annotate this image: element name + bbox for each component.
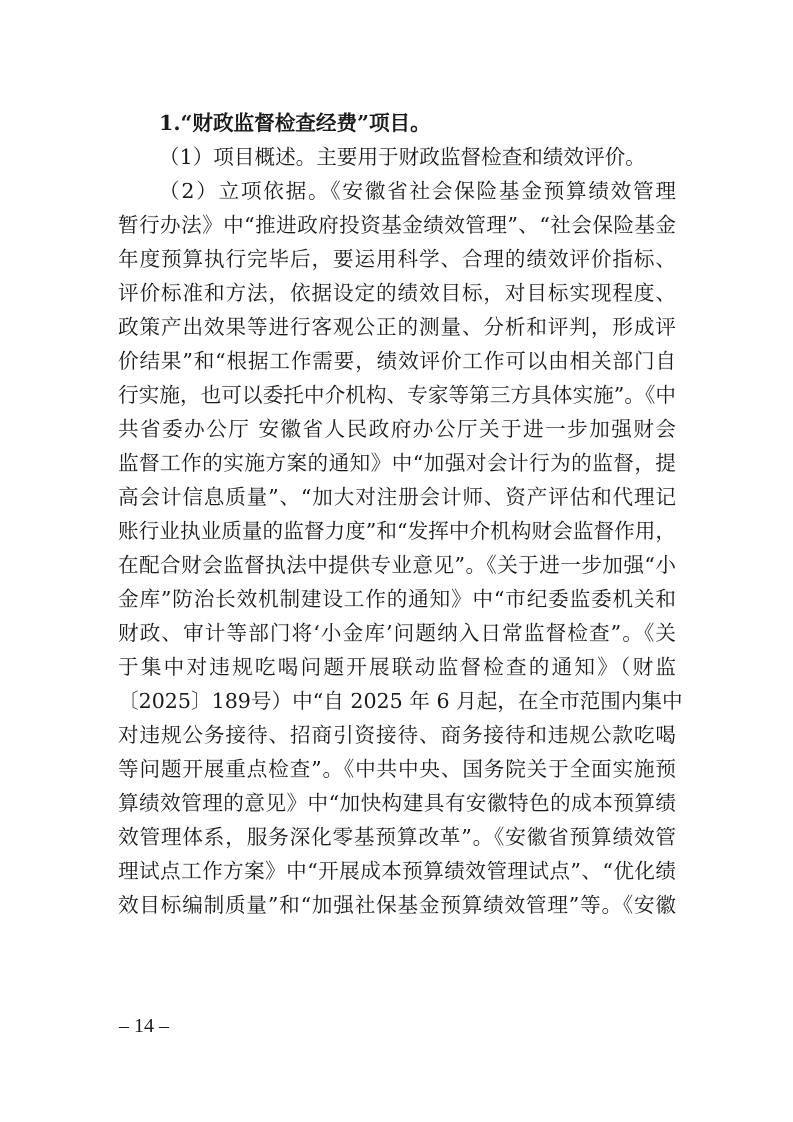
paragraph-line: 价结果”和“根据工作需要，绩效评价工作可以由相关部门自 [118,344,676,378]
paragraph-line: 政策产出效果等进行客观公正的测量、分析和评判，形成评 [118,310,676,344]
paragraph-line: 等问题开展重点检查”。《中共中央、国务院关于全面实施预 [118,752,676,786]
section-heading: 1.“财政监督检查经费”项目。 [118,106,676,140]
document-body: 1.“财政监督检查经费”项目。 （1）项目概述。主要用于财政监督检查和绩效评价。… [118,106,676,922]
paragraph-line: 对违规公务接待、招商引资接待、商务接待和违规公款吃喝 [118,718,676,752]
page-number: – 14 – [119,1015,169,1038]
paragraph-line: 共省委办公厅 安徽省人民政府办公厅关于进一步加强财会 [118,412,676,446]
paragraph-line: 金库”防治长效机制建设工作的通知》中“市纪委监委机关和 [118,582,676,616]
paragraph-line: 算绩效管理的意见》中“加快构建具有安徽特色的成本预算绩 [118,786,676,820]
paragraph-line: 理试点工作方案》中“开展成本预算绩效管理试点”、“优化绩 [118,854,676,888]
paragraph-line: 评价标准和方法，依据设定的绩效目标，对目标实现程度、 [118,276,676,310]
paragraph-line: （1）项目概述。主要用于财政监督检查和绩效评价。 [118,140,676,174]
paragraph-line: （2）立项依据。《安徽省社会保险基金预算绩效管理 [118,174,676,208]
paragraph-line: 暂行办法》中“推进政府投资基金绩效管理”、“社会保险基金 [118,208,676,242]
paragraph-line: 年度预算执行完毕后，要运用科学、合理的绩效评价指标、 [118,242,676,276]
paragraph-line: 账行业执业质量的监督力度”和“发挥中介机构财会监督作用， [118,514,676,548]
paragraph-line: 效管理体系，服务深化零基预算改革”。《安徽省预算绩效管 [118,820,676,854]
paragraph-line: 〔2025〕189号）中“自 2025 年 6 月起，在全市范围内集中 [118,684,676,718]
paragraph-line: 高会计信息质量”、“加大对注册会计师、资产评估和代理记 [118,480,676,514]
paragraph-line: 效目标编制质量”和“加强社保基金预算绩效管理”等。《安徽 [118,888,676,922]
paragraph-line: 于集中对违规吃喝问题开展联动监督检查的通知》（财监 [118,650,676,684]
paragraph-line: 监督工作的实施方案的通知》中“加强对会计行为的监督，提 [118,446,676,480]
paragraph-line: 财政、审计等部门将‘小金库’问题纳入日常监督检查”。《关 [118,616,676,650]
paragraph-line: 在配合财会监督执法中提供专业意见”。《关于进一步加强“小 [118,548,676,582]
paragraph-line: 行实施，也可以委托中介机构、专家等第三方具体实施”。《中 [118,378,676,412]
